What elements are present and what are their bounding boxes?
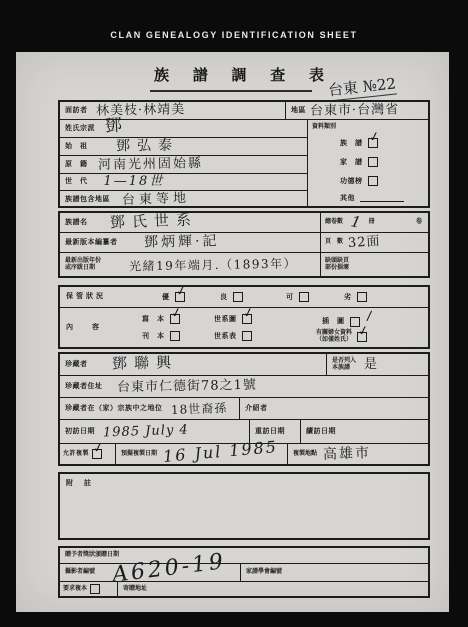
area-label: 地區 [291,107,306,114]
content-manuscript-checkbox: ✓ [170,314,180,324]
condition-fair-checkbox [299,292,309,302]
clan-genealogy-label: 族 譜 [340,140,363,147]
copy-place-cell: 複製地點 高雄市 [287,444,428,464]
revisit-label: 重訪日期 [255,428,285,435]
content-women-data: 有關婦女資料 （如僅姓氏） ✓ [316,330,367,344]
volume-unit-juan: 卷 [416,219,428,226]
owner-label: 珍藏者 [65,361,88,368]
content-row: 內 容 寫 本 ✓ 世系圖 ✓ 插 圖 ∕ 刊 本 世系表 [60,308,428,348]
clan-info-section: 面訪者 林美枝·林靖美 地區 台東市·台灣省 姓氏宗派 鄧 始 祖 鄧弘泰 原 … [58,100,430,208]
content-women-data-checkbox: ✓ [357,332,367,342]
copy-request-checkbox [90,584,100,594]
scanned-form-sheet: 族 譜 調 查 表 台東 №22 面訪者 林美枝·林靖美 地區 台東市·台灣省 … [16,52,449,612]
area-value: 台東市·台灣省 [310,103,399,118]
owner-address-label: 珍藏者住址 [65,383,103,390]
owner-address-value: 台東市仁德街78之1號 [116,379,256,394]
content-printed-label: 刊 本 [142,333,165,340]
copy-request-label: 要求複本 [63,586,87,593]
clan-position-value: 18世裔孫 [170,402,227,416]
condition-poor-label: 劣 [344,294,352,301]
first-visit-label: 初訪日期 [65,428,95,435]
clan-position-label: 珍藏者在（家）宗族中之地位 [65,405,163,412]
copy-date-label: 預擬複製日期 [121,451,157,458]
category-option-clan-genealogy: 族 譜 ✓ [340,138,378,148]
compiler-cell: 最新版本編纂者 鄧炳輝·記 [60,233,320,252]
material-category-cell: 資料類別 族 譜 ✓ 家 譜 功德榜 其他 [307,120,428,208]
content-manuscript: 寫 本 ✓ [142,314,180,324]
coverage-row: 族譜包含地區 台東等地 [60,191,307,208]
owner-address-cell: 珍藏者住址 台東市仁德街78之1號 [60,376,428,398]
content-printed: 刊 本 [142,331,180,341]
mail-address-label: 寄贈地址 [123,586,147,593]
publication-date-label-line1: 最新出版年份 [65,258,101,265]
interviewer-cell: 面訪者 林美枝·林靖美 [60,102,285,119]
compiler-value: 鄧炳輝·記 [143,234,219,249]
content-lineage-table-label: 世系表 [214,333,237,340]
genealogy-title-cell: 族譜名 鄧氏世系 [60,213,320,232]
award-date-label: 贈予者獎狀頒贈日期 [65,552,119,559]
content-label: 內 容 [66,324,105,331]
page-count-value: 32面 [348,235,381,250]
condition-poor-checkbox [357,292,367,302]
page-count-cell: 頁 數 32面 [320,233,428,252]
next-visit-cell: 續訪日期 [300,420,428,443]
copy-date-cell: 預擬複製日期 16 Jul 1985 [115,444,287,464]
volume-count-cell: 總卷數 1 冊 卷 [320,213,428,232]
introducer-cell: 介紹者 [239,398,428,419]
category-option-merit-board: 功德榜 [340,176,378,186]
condition-excellent-label: 優 [162,294,170,301]
content-lineage-chart: 世系圖 ✓ [214,314,252,324]
surname-row: 姓氏宗派 鄧 [60,120,307,138]
handwritten-sheet-number: 台東 №22 [327,73,397,102]
first-ancestor-row: 始 祖 鄧弘泰 [60,138,307,156]
next-visit-label: 續訪日期 [306,428,336,435]
content-lineage-chart-checkmark: ✓ [241,306,254,321]
copy-permission-label: 允許複製 [63,451,89,457]
other-blank-line [360,194,404,202]
copy-permission-cell: 允許複製 ✓ [60,444,115,464]
content-printed-checkbox [170,331,180,341]
society-number-cell: 家譜學會編號 [240,564,428,581]
volume-count-value: 1 [350,214,362,231]
content-lineage-chart-label: 世系圖 [214,316,237,323]
damage-note-cell: 缺頭缺頁 部份損壞 [320,253,428,276]
content-lineage-table: 世系表 [214,331,252,341]
content-lineage-chart-checkbox: ✓ [242,314,252,324]
condition-content-section: 保管狀況 優 ✓ 良 可 劣 內 容 寫 本 ✓ [58,285,430,349]
society-number-label: 家譜學會編號 [246,569,282,576]
generations-value: 1—18世 [104,175,165,188]
film-header-title: CLAN GENEALOGY IDENTIFICATION SHEET [0,30,468,40]
copy-permission-checkmark: ✓ [92,441,105,456]
genealogy-title-label: 族譜名 [65,219,88,226]
generations-label: 世 代 [65,178,88,185]
content-lineage-table-checkbox [242,331,252,341]
compiler-label: 最新版本編纂者 [65,239,118,246]
form-title: 族 譜 調 查 表 [150,64,312,92]
condition-excellent-checkmark: ✓ [174,284,187,299]
condition-good-checkbox [233,292,243,302]
condition-excellent: 優 ✓ [162,292,185,302]
coverage-value: 台東等地 [122,192,190,207]
volume-unit-ce: 冊 [369,219,375,226]
content-manuscript-label: 寫 本 [142,316,165,323]
volume-count-label: 總卷數 [325,219,343,226]
category-option-family-genealogy: 家 譜 [340,157,378,167]
first-ancestor-value: 鄧弘泰 [115,139,178,154]
mail-address-cell: 寄贈地址 [117,582,428,596]
content-women-data-sublabel: （如僅姓氏） [316,337,352,344]
surname-value: 鄧 [105,118,123,136]
generations-row: 世 代 1—18世 [60,174,307,192]
coverage-label: 族譜包含地區 [65,196,110,203]
clan-position-cell: 珍藏者在（家）宗族中之地位 18世裔孫 [60,398,239,419]
condition-poor: 劣 [344,292,367,302]
page-count-label: 頁 數 [325,239,343,246]
first-visit-cell: 初訪日期 1985 July 4 [60,420,249,443]
listed-label-line1: 是否列入 [332,358,356,365]
area-cell: 地區 台東市·台灣省 [285,102,428,119]
condition-fair-label: 可 [286,294,294,301]
publication-date-value: 光緒19年端月.（1893年） [129,257,297,272]
origin-value: 河南光州固始縣 [97,157,202,172]
condition-fair: 可 [286,292,309,302]
copy-place-label: 複製地點 [293,451,317,458]
photo-number-label: 攝影者編號 [65,569,95,576]
condition-good: 良 [220,292,243,302]
first-visit-value: 1985 July 4 [103,424,189,440]
content-manuscript-checkmark: ✓ [169,306,182,321]
owner-value: 鄧聯興 [111,355,177,371]
origin-row: 原 籍 河南光州固始縣 [60,156,307,174]
content-illustrations-stray-stroke: ∕ [365,309,371,324]
category-option-other: 其他 [340,194,404,202]
clan-genealogy-checkmark: ✓ [367,130,380,145]
introducer-label: 介紹者 [245,405,268,412]
origin-label: 原 籍 [65,161,88,168]
condition-label: 保管狀況 [66,293,106,300]
condition-good-label: 良 [220,294,228,301]
damage-note-line1: 缺頭缺頁 [325,258,349,265]
copy-place-value: 高雄市 [323,446,371,462]
material-category-header: 資料類別 [312,124,336,131]
notes-label: 附 註 [66,480,93,487]
listed-value: 是 [364,358,377,371]
listed-in-genealogy-cell: 是否列入 本族譜 是 [326,354,428,375]
clan-genealogy-checkbox: ✓ [368,138,378,148]
numbering-section: A620-19 贈予者獎狀頒贈日期 攝影者編號 家譜學會編號 要求複本 寄贈地址 [58,546,430,598]
condition-excellent-checkbox: ✓ [175,292,185,302]
copy-request-cell: 要求複本 [60,582,117,596]
first-ancestor-label: 始 祖 [65,143,88,150]
content-women-data-label: 有關婦女資料 [316,330,352,337]
owner-section: 珍藏者 鄧聯興 是否列入 本族譜 是 珍藏者住址 台東市仁德街78之1號 珍藏者… [58,352,430,466]
interviewer-label: 面訪者 [65,107,88,114]
genealogy-title-value: 鄧氏世系 [109,212,197,230]
other-label: 其他 [340,195,355,202]
notes-section: 附 註 [58,472,430,540]
publication-date-cell: 最新出版年份 或序跋日期 光緒19年端月.（1893年） [60,253,320,276]
merit-board-checkbox [368,176,378,186]
family-genealogy-checkbox [368,157,378,167]
volume-info-section: 族譜名 鄧氏世系 總卷數 1 冊 卷 最新版本編纂者 鄧炳輝·記 頁 數 32面 [58,211,430,278]
family-genealogy-label: 家 譜 [340,159,363,166]
publication-date-label-line2: 或序跋日期 [65,265,101,272]
owner-cell: 珍藏者 鄧聯興 [60,354,326,375]
listed-label-line2: 本族譜 [332,365,356,372]
content-illustrations-label: 插 圖 [322,318,345,325]
condition-row: 保管狀況 優 ✓ 良 可 劣 [60,287,428,308]
damage-note-line2: 部份損壞 [325,265,349,272]
merit-board-label: 功德榜 [340,178,363,185]
surname-label: 姓氏宗派 [65,125,95,132]
copy-permission-checkbox: ✓ [92,449,102,459]
